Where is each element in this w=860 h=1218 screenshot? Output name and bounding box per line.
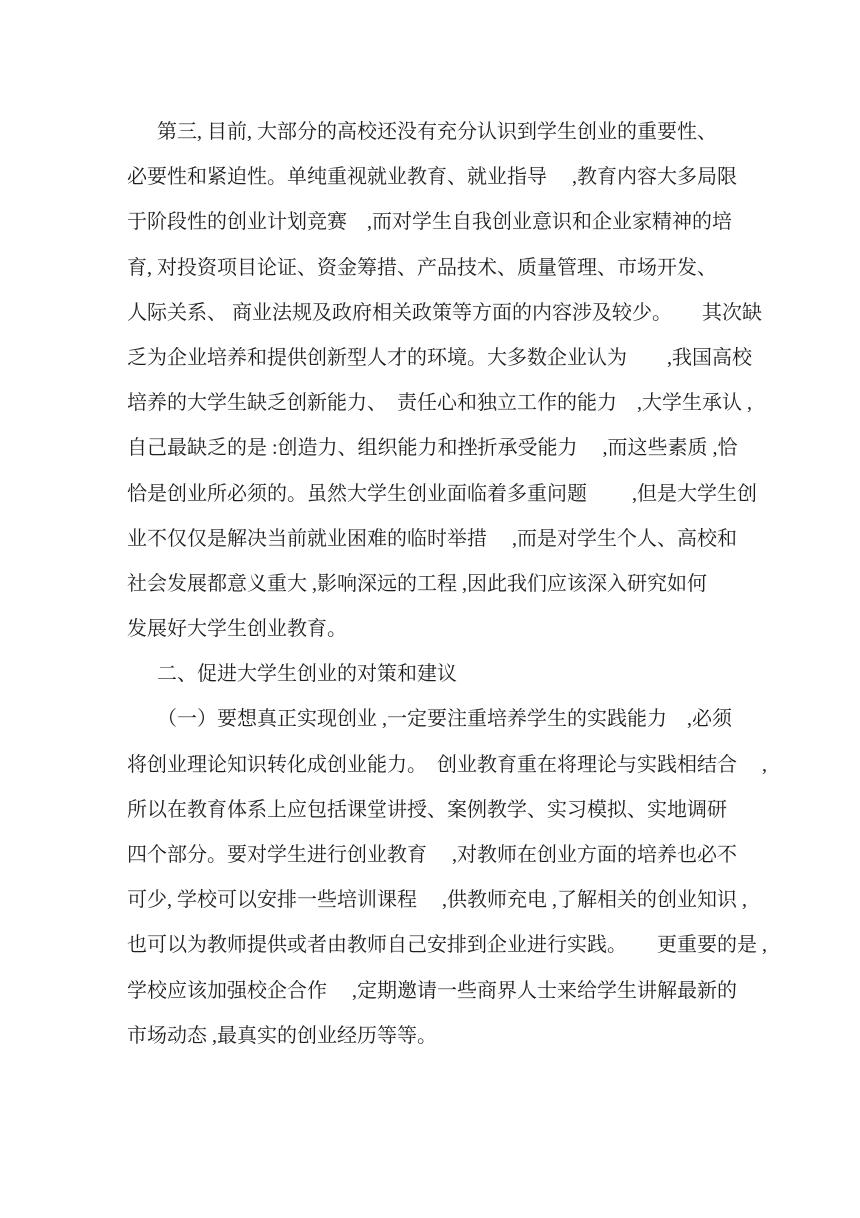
text-line: 社会发展都意义重大 ,影响深远的工程 ,因此我们应该深入研究如何 xyxy=(127,562,767,607)
text-line: 必要性和紧迫性。单纯重视就业教育、就业指导 ,教育内容大多局限 xyxy=(127,155,767,200)
text-line: 乏为企业培养和提供创新型人才的环境。大多数企业认为 ,我国高校 xyxy=(127,336,767,381)
text-line: 市场动态 ,最真实的创业经历等等。 xyxy=(127,1014,767,1059)
text-line: 将创业理论知识转化成创业能力。 创业教育重在将理论与实践相结合 , xyxy=(127,743,767,788)
text-line: 恰是创业所必须的。虽然大学生创业面临着多重问题 ,但是大学生创 xyxy=(127,472,767,517)
text-line: 育, 对投资项目论证、资金筹措、产品技术、质量管理、市场开发、 xyxy=(127,246,767,291)
text-line: 四个部分。要对学生进行创业教育 ,对教师在创业方面的培养也必不 xyxy=(127,833,767,878)
text-line: 二、促进大学生创业的对策和建议 xyxy=(127,652,767,697)
text-line: 学校应该加强校企合作 ,定期邀请一些商界人士来给学生讲解最新的 xyxy=(127,969,767,1014)
text-line: 于阶段性的创业计划竞赛 ,而对学生自我创业意识和企业家精神的培 xyxy=(127,200,767,245)
text-line: 所以在教育体系上应包括课堂讲授、案例教学、实习模拟、实地调研 xyxy=(127,788,767,833)
text-line: 人际关系、 商业法规及政府相关政策等方面的内容涉及较少。 其次缺 xyxy=(127,291,767,336)
text-line: 业不仅仅是解决当前就业困难的临时举措 ,而是对学生个人、高校和 xyxy=(127,517,767,562)
text-line: 发展好大学生创业教育。 xyxy=(127,607,767,652)
document-page: 第三, 目前, 大部分的高校还没有充分认识到学生创业的重要性、必要性和紧迫性。单… xyxy=(0,0,860,1218)
text-line: （一）要想真正实现创业 ,一定要注重培养学生的实践能力 ,必须 xyxy=(127,697,767,742)
text-line: 自己最缺乏的是 :创造力、组织能力和挫折承受能力 ,而这些素质 ,恰 xyxy=(127,426,767,471)
text-line: 第三, 目前, 大部分的高校还没有充分认识到学生创业的重要性、 xyxy=(127,110,767,155)
text-block: 第三, 目前, 大部分的高校还没有充分认识到学生创业的重要性、必要性和紧迫性。单… xyxy=(127,110,767,1059)
text-line: 可少, 学校可以安排一些培训课程 ,供教师充电 ,了解相关的创业知识 , xyxy=(127,878,767,923)
text-line: 也可以为教师提供或者由教师自己安排到企业进行实践。 更重要的是 , xyxy=(127,923,767,968)
text-line: 培养的大学生缺乏创新能力、 责任心和独立工作的能力 ,大学生承认 , xyxy=(127,381,767,426)
